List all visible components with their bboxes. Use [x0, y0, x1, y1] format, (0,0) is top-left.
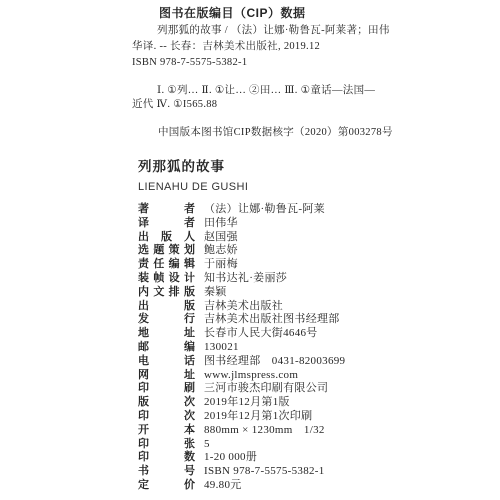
- cip-description-line-1: 列那狐的故事 / （法）让娜·勒鲁瓦-阿莱著；田伟: [132, 23, 470, 39]
- colophon-row: 网址www.jlmspress.com: [138, 369, 470, 383]
- colophon-row: 出版人赵国强: [138, 231, 470, 245]
- colophon-row-value: 长春市人民大街4646号: [204, 327, 318, 341]
- colophon-row-value: 知书达礼·姜丽莎: [204, 272, 287, 286]
- colophon-row-value: ISBN 978-7-5575-5382-1: [204, 465, 325, 479]
- colophon-row-label: 选题策划: [138, 244, 195, 258]
- colophon-row-label: 出版: [138, 300, 195, 314]
- colophon-row: 地址长春市人民大街4646号: [138, 327, 470, 341]
- colophon-row: 电话图书经理部 0431-82003699: [138, 355, 470, 369]
- colophon-row-value: 880mm × 1230mm 1/32: [204, 424, 325, 438]
- colophon-row: 邮编130021: [138, 341, 470, 355]
- colophon-row: 印次2019年12月第1次印刷: [138, 410, 470, 424]
- colophon-row: 内文排版秦颖: [138, 286, 470, 300]
- book-title: 列那狐的故事: [138, 159, 470, 175]
- colophon-row: 定价49.80元: [138, 479, 470, 493]
- cip-data-section: 图书在版编目（CIP）数据 列那狐的故事 / （法）让娜·勒鲁瓦-阿莱著；田伟 …: [132, 5, 470, 140]
- colophon-row: 开本880mm × 1230mm 1/32: [138, 424, 470, 438]
- colophon-row-value: 鲍志娇: [204, 244, 238, 258]
- book-title-pinyin: LIENAHU DE GUSHI: [138, 181, 470, 193]
- colophon-row-value: 130021: [204, 341, 239, 355]
- cip-class-line-2: 近代 Ⅳ. ①I565.88: [132, 98, 470, 112]
- colophon-row-value: 赵国强: [204, 231, 238, 245]
- colophon-row-value: 于丽梅: [204, 258, 238, 272]
- colophon-row-label: 地址: [138, 327, 195, 341]
- colophon-row-label: 印数: [138, 451, 195, 465]
- colophon-row-label: 发行: [138, 313, 195, 327]
- colophon-row: 印刷三河市骏杰印刷有限公司: [138, 382, 470, 396]
- colophon-row: 著者（法）让娜·勒鲁瓦-阿莱: [138, 203, 470, 217]
- colophon-row-label: 定价: [138, 479, 195, 493]
- colophon-row-value: 1-20 000册: [204, 451, 257, 465]
- cip-isbn-line: ISBN 978-7-5575-5382-1: [132, 55, 470, 71]
- cip-heading: 图书在版编目（CIP）数据: [159, 5, 470, 21]
- colophon-row-value: 田伟华: [204, 217, 238, 231]
- colophon-row-value: （法）让娜·勒鲁瓦-阿莱: [204, 203, 325, 217]
- colophon-row-value: 秦颖: [204, 286, 227, 300]
- colophon-row-label: 书号: [138, 465, 195, 479]
- colophon-row-value: 三河市骏杰印刷有限公司: [204, 382, 328, 396]
- colophon-row: 装帧设计知书达礼·姜丽莎: [138, 272, 470, 286]
- colophon-row: 责任编辑于丽梅: [138, 258, 470, 272]
- colophon-row-value: 吉林美术出版社图书经理部: [204, 313, 340, 327]
- colophon-row-label: 开本: [138, 424, 195, 438]
- colophon-row: 印数1-20 000册: [138, 451, 470, 465]
- colophon-row-label: 印次: [138, 410, 195, 424]
- cip-classification: Ⅰ. ①列… Ⅱ. ①让… ②田… Ⅲ. ①童话—法国— 近代 Ⅳ. ①I565…: [132, 84, 470, 112]
- colophon-row-label: 译者: [138, 217, 195, 231]
- book-title-block: 列那狐的故事 LIENAHU DE GUSHI: [138, 159, 470, 193]
- colophon-row-label: 责任编辑: [138, 258, 195, 272]
- colophon-row-value: 图书经理部 0431-82003699: [204, 355, 345, 369]
- cip-class-line-1: Ⅰ. ①列… Ⅱ. ①让… ②田… Ⅲ. ①童话—法国—: [132, 84, 470, 98]
- colophon-row: 译者田伟华: [138, 217, 470, 231]
- colophon-row-label: 装帧设计: [138, 272, 195, 286]
- colophon-row-label: 印刷: [138, 382, 195, 396]
- colophon-row-value: 2019年12月第1版: [204, 396, 290, 410]
- cip-description-line-2: 华译. -- 长春：吉林美术出版社, 2019.12: [132, 39, 470, 55]
- colophon-row-label: 著者: [138, 203, 195, 217]
- colophon-row: 选题策划鲍志娇: [138, 244, 470, 258]
- colophon-row-label: 网址: [138, 369, 195, 383]
- colophon-row: 印张5: [138, 438, 470, 452]
- colophon-row-value: www.jlmspress.com: [204, 369, 298, 383]
- colophon-row: 出版吉林美术出版社: [138, 300, 470, 314]
- colophon-list: 著者（法）让娜·勒鲁瓦-阿莱译者田伟华出版人赵国强选题策划鲍志娇责任编辑于丽梅装…: [138, 203, 470, 493]
- colophon-row-label: 电话: [138, 355, 195, 369]
- cip-record-number: 中国版本图书馆CIP数据核字（2020）第003278号: [158, 126, 470, 140]
- colophon-row-label: 印张: [138, 438, 195, 452]
- colophon-row-label: 内文排版: [138, 286, 195, 300]
- colophon-row-value: 5: [204, 438, 210, 452]
- colophon-row-label: 邮编: [138, 341, 195, 355]
- colophon-row: 发行吉林美术出版社图书经理部: [138, 313, 470, 327]
- colophon-row-value: 49.80元: [204, 479, 242, 493]
- colophon-row-label: 版次: [138, 396, 195, 410]
- colophon-row: 版次2019年12月第1版: [138, 396, 470, 410]
- colophon-row-value: 2019年12月第1次印刷: [204, 410, 312, 424]
- colophon-row-value: 吉林美术出版社: [204, 300, 283, 314]
- colophon-row-label: 出版人: [138, 231, 195, 245]
- colophon-row: 书号ISBN 978-7-5575-5382-1: [138, 465, 470, 479]
- copyright-page: 图书在版编目（CIP）数据 列那狐的故事 / （法）让娜·勒鲁瓦-阿莱著；田伟 …: [0, 0, 500, 500]
